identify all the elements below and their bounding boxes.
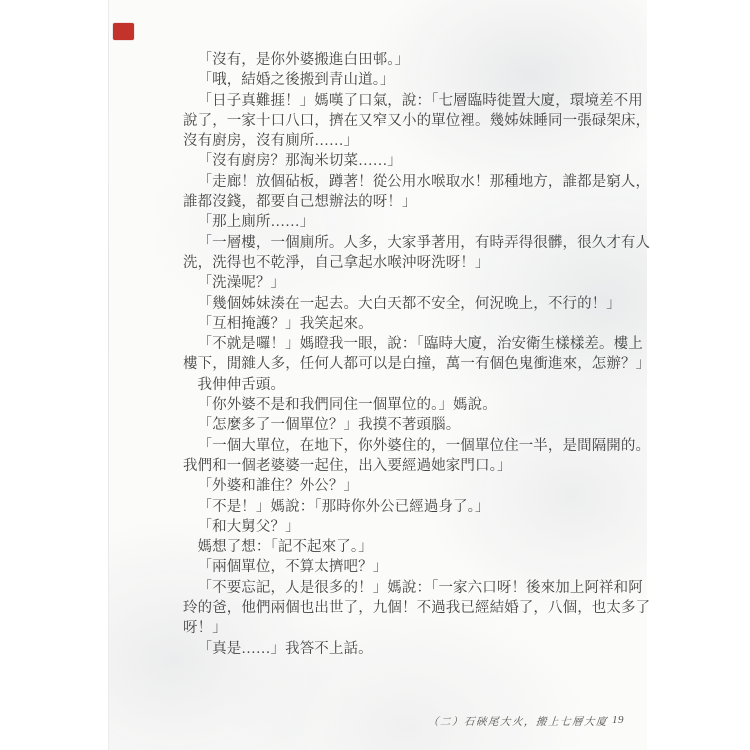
text-line: 洗，洗得也不乾淨，自己拿起水喉沖呀洗呀！」 (183, 253, 649, 273)
text-line: 「那上廁所……」 (183, 212, 649, 232)
text-line: 玲的爸，他們兩個也出世了，九個！不過我已經結婚了，八個，也太多了 (183, 598, 649, 618)
text-line: 「走廊！放個砧板，蹲著！從公用水喉取水！那種地方，誰都是窮人， (183, 172, 649, 192)
body-text: 「沒有，是你外婆搬進白田邨。」「哦，結婚之後搬到青山道。」「日子真難捱！」媽嘆了… (183, 50, 649, 659)
text-line: 「一個大單位，在地下，你外婆住的，一個單位住一半，是間隔開的。 (183, 436, 649, 456)
text-line: 「兩個單位，不算太擠吧？」 (183, 557, 649, 577)
text-line: 「沒有廚房？那淘米切菜……」 (183, 151, 649, 171)
text-line: 媽想了想：「記不起來了。」 (183, 537, 649, 557)
text-line: 我們和一個老婆婆一起住，出入要經過她家門口。」 (183, 456, 649, 476)
text-line: 「互相掩護？」我笑起來。 (183, 314, 649, 334)
text-line: 「日子真難捱！」媽嘆了口氣，說：「七層臨時徙置大廈，環境差不用 (183, 91, 649, 111)
text-line: 「不是！」媽說：「那時你外公已經過身了。」 (183, 497, 649, 517)
text-line: 「怎麼多了一個單位？」我摸不著頭腦。 (183, 415, 649, 435)
book-page-scan: 「沒有，是你外婆搬進白田邨。」「哦，結婚之後搬到青山道。」「日子真難捱！」媽嘆了… (0, 0, 750, 750)
text-line: 「哦，結婚之後搬到青山道。」 (183, 70, 649, 90)
red-stamp-marker (113, 23, 134, 40)
text-line: 「和大舅父？」 (183, 517, 649, 537)
page-footer: （二）石硤尾大火，搬上七層大廈 19 (108, 712, 646, 734)
text-line: 「真是……」我答不上話。 (183, 639, 649, 659)
text-line: 我伸伸舌頭。 (183, 375, 649, 395)
text-line: 「不就是囉！」媽瞪我一眼，說：「臨時大廈，治安衛生樣樣差。樓上 (183, 334, 649, 354)
text-line: 呀！」 (183, 618, 649, 638)
text-line: 「幾個姊妹湊在一起去。大白天都不安全，何況晚上，不行的！」 (183, 294, 649, 314)
text-line: 「洗澡呢？」 (183, 273, 649, 293)
footer-chapter-title: （二）石硤尾大火，搬上七層大廈 (427, 714, 608, 729)
text-line: 「外婆和誰住？外公？」 (183, 476, 649, 496)
text-line: 樓下，閒雜人多，任何人都可以是白撞，萬一有個色鬼衝進來，怎辦？」 (183, 354, 649, 374)
text-line: 沒有廚房，沒有廁所……」 (183, 131, 649, 151)
text-line: 「你外婆不是和我們同住一個單位的。」媽說。 (183, 395, 649, 415)
text-line: 「沒有，是你外婆搬進白田邨。」 (183, 50, 649, 70)
text-line: 「不要忘記，人是很多的！」媽說：「一家六口呀！後來加上阿祥和阿 (183, 578, 649, 598)
text-line: 「一層樓，一個廁所。人多，大家爭著用，有時弄得很髒，很久才有人 (183, 233, 649, 253)
footer-page-number: 19 (612, 714, 624, 726)
text-line: 誰都沒錢，都要自己想辦法的呀！」 (183, 192, 649, 212)
text-line: 說了，一家十口八口，擠在又窄又小的單位裡。幾姊妹睡同一張碌架床， (183, 111, 649, 131)
